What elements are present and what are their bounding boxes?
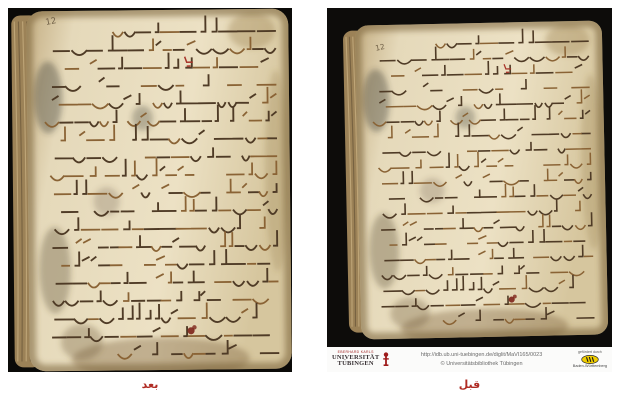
folio-number: 12 <box>45 16 58 28</box>
copyright-line: © Universitätsbibliothek Tübingen <box>421 360 542 368</box>
caption-before: قبل <box>327 378 612 392</box>
watermark-band: EBERHARD KARLS UNIVERSITÄT TÜBINGEN http… <box>327 347 612 372</box>
manuscript-page-before: 12 <box>327 8 612 347</box>
baden-wuerttemberg-logo: gefördert durch Baden-Württemberg <box>573 351 607 368</box>
folio-number: 12 <box>375 42 386 53</box>
image-credit: http://idb.ub.uni-tuebingen.de/diglit/Ma… <box>421 351 542 368</box>
source-url: http://idb.ub.uni-tuebingen.de/diglit/Ma… <box>421 351 542 359</box>
manuscript-photo-before: 12 EBERHARD KARLS UNIVERSITÄT TÜBINGEN h… <box>327 8 612 372</box>
manuscript-photo-after: 12 <box>8 8 292 372</box>
funding-label: Baden-Württemberg <box>573 364 607 368</box>
funding-pre-text: gefördert durch <box>573 351 607 355</box>
tuebingen-emblem-icon <box>382 352 390 367</box>
university-logo-line2: TÜBINGEN <box>332 361 379 368</box>
photo-black-background: 12 <box>327 8 612 347</box>
comparison-view: 12 بعد 12 EBERHARD KARLS UNIVERSITÄT TÜB… <box>0 0 617 405</box>
university-tuebingen-logo: EBERHARD KARLS UNIVERSITÄT TÜBINGEN <box>332 351 390 368</box>
baden-wuerttemberg-crest-icon <box>581 355 599 364</box>
manuscript-page-after: 12 <box>8 8 292 372</box>
caption-after: بعد <box>8 378 292 392</box>
